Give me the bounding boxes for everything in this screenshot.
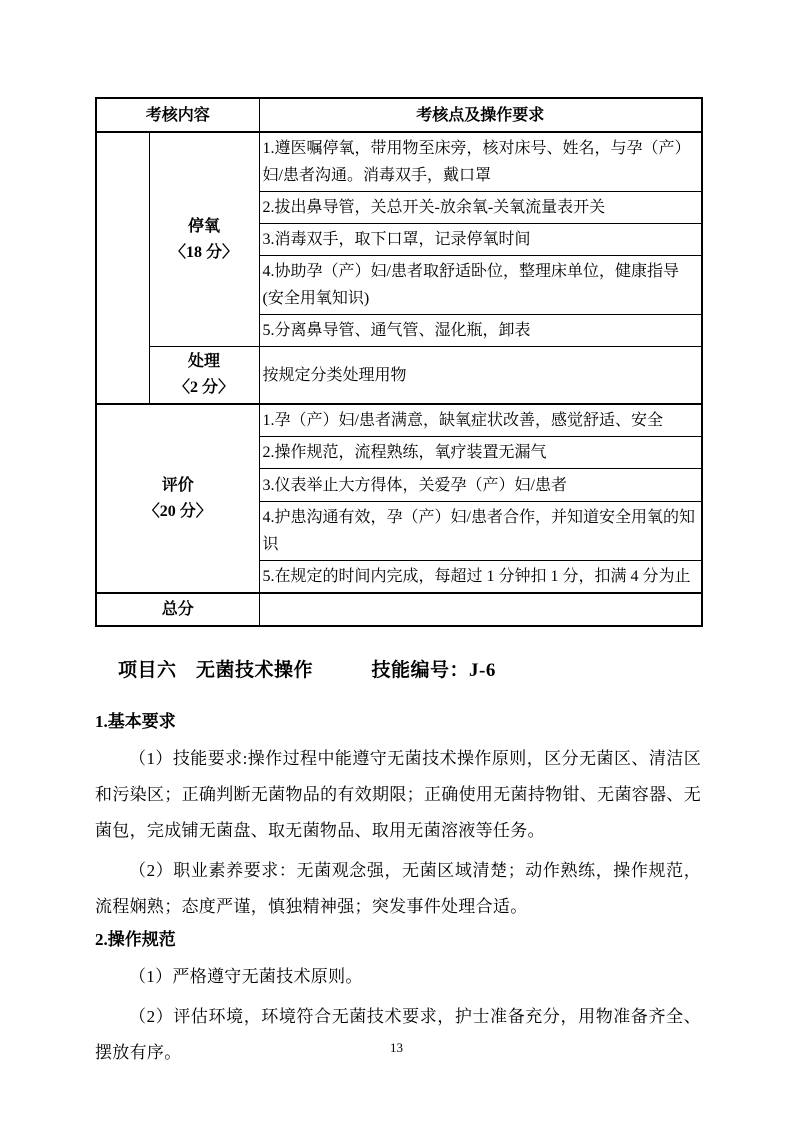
table-row: 评价 〈20 分〉 1.孕（产）妇/患者满意，缺氧症状改善，感觉舒适、安全 [96, 404, 702, 437]
group-label-text: 停氧 [153, 214, 256, 240]
paragraph-professional-quality: （2）职业素养要求：无菌观念强，无菌区域清楚；动作熟练，操作规范，流程娴熟；态度… [95, 853, 701, 925]
table-item: 4.协助孕（产）妇/患者取舒适卧位，整理床单位，健康指导(安全用氧知识) [259, 256, 702, 315]
assessment-table: 考核内容 考核点及操作要求 停氧 〈18 分〉 1.遵医嘱停氧，带用物至床旁，核… [95, 97, 703, 627]
group-label-text: 处理 [153, 349, 256, 375]
table-item: 2.操作规范，流程熟练，氧疗装置无漏气 [259, 437, 702, 469]
document-page: { "page_number": "13", "table": { "heade… [0, 0, 793, 1122]
total-score-label: 总分 [96, 593, 259, 626]
table-row: 处理 〈2 分〉 按规定分类处理用物 [96, 347, 702, 405]
paragraph-skill-requirements: （1）技能要求:操作过程中能遵守无菌技术操作原则，区分无菌区、清洁区和污染区；正… [95, 741, 701, 849]
header-cell-content: 考核内容 [96, 98, 259, 132]
document-body: 考核内容 考核点及操作要求 停氧 〈18 分〉 1.遵医嘱停氧，带用物至床旁，核… [95, 97, 701, 1071]
header-cell-points: 考核点及操作要求 [259, 98, 702, 132]
table-item: 1.孕（产）妇/患者满意，缺氧症状改善，感觉舒适、安全 [259, 404, 702, 437]
group-score-text: 〈18 分〉 [153, 240, 256, 266]
group-score-text: 〈20 分〉 [100, 499, 256, 525]
paragraph-environment-assessment: （2）评估环境，环境符合无菌技术要求，护士准备充分，用物准备齐全、摆放有序。 [95, 999, 701, 1071]
sub-heading-operation-standard: 2.操作规范 [95, 925, 701, 955]
group-label-text: 评价 [100, 473, 256, 499]
section-heading: 项目六 无菌技术操作 技能编号：J-6 [118, 658, 701, 684]
group-label-stop-oxygen: 停氧 〈18 分〉 [149, 132, 259, 347]
paragraph-aseptic-principle: （1）严格遵守无菌技术原则。 [95, 959, 701, 995]
page-number: 13 [0, 1040, 793, 1056]
group-score-text: 〈2 分〉 [153, 375, 256, 401]
table-row: 停氧 〈18 分〉 1.遵医嘱停氧，带用物至床旁，核对床号、姓名，与孕（产）妇/… [96, 132, 702, 192]
sub-heading-basic-requirements: 1.基本要求 [95, 707, 701, 737]
table-item: 3.消毒双手，取下口罩，记录停氧时间 [259, 224, 702, 256]
table-item: 4.护患沟通有效，孕（产）妇/患者合作，并知道安全用氧的知识 [259, 502, 702, 561]
table-header-row: 考核内容 考核点及操作要求 [96, 98, 702, 132]
table-item: 按规定分类处理用物 [259, 347, 702, 405]
table-item: 1.遵医嘱停氧，带用物至床旁，核对床号、姓名，与孕（产）妇/患者沟通。消毒双手，… [259, 132, 702, 192]
table-item: 5.分离鼻导管、通气管、湿化瓶，卸表 [259, 315, 702, 347]
table-item: 2.拔出鼻导管，关总开关-放余氧-关氧流量表开关 [259, 192, 702, 224]
total-score-row: 总分 [96, 593, 702, 626]
group-label-evaluation: 评价 〈20 分〉 [96, 404, 259, 593]
table-item: 5.在规定的时间内完成，每超过 1 分钟扣 1 分，扣满 4 分为止 [259, 561, 702, 594]
total-score-cell [259, 593, 702, 626]
empty-spacer-cell [96, 132, 149, 404]
group-label-handling: 处理 〈2 分〉 [149, 347, 259, 405]
table-item: 3.仪表举止大方得体，关爱孕（产）妇/患者 [259, 469, 702, 502]
